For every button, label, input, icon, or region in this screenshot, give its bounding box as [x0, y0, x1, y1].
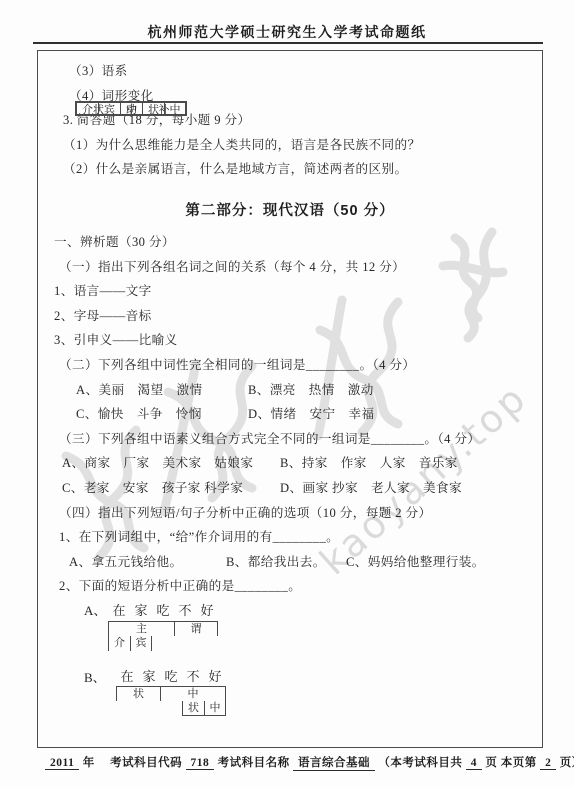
phrase-char: 不 [182, 668, 204, 686]
diagram-cell: 状 [116, 686, 160, 701]
phrase-char: 在 [108, 601, 130, 621]
phrase-char: 家 [130, 601, 152, 621]
exam-content-box: （3）语系（4）词形变化3. 简答题（18 分，每小题 9 分）（1）为什么思维… [37, 50, 543, 748]
diagram-cell: 介 [108, 636, 130, 651]
diagram-cell: 宾 [98, 102, 120, 115]
text-line: A、美丽 渴望 激情B、漂亮 热情 激动 [76, 378, 542, 403]
footer-mid-text: 页 本页第 [485, 754, 536, 770]
page-content: 杭州师范大学硕士研究生入学考试命题纸 （3）语系（4）词形变化3. 简答题（18… [0, 0, 574, 787]
part1-lines: （3）语系（4）词形变化3. 简答题（18 分，每小题 9 分）（1）为什么思维… [38, 51, 542, 182]
diagram-cell: 主 [108, 621, 174, 636]
syntax-diagram: B、在家吃不好状中介宾动补状中 [84, 668, 542, 716]
diagram-cell: 补 [142, 102, 186, 115]
footer-code: 718 [186, 757, 215, 770]
diagram-cell: 中 [160, 686, 226, 701]
diagram-cell: 宾 [130, 636, 152, 651]
page-footer: 2011 年 考试科目代码 718 考试科目名称 语言综合基础 （本考试科目共 … [45, 754, 574, 771]
syntax-diagrams: A、在家吃不好主谓状中状中介宾B、在家吃不好状中介宾动补状中 [38, 601, 542, 716]
text-line: （四）指出下列短语/句子分析中正确的选项（10 分，每题 2 分） [59, 501, 542, 526]
option-segment: B、持家 作家 人家 音乐家 [280, 456, 458, 470]
footer-page-no: 2 [540, 757, 556, 770]
footer-code-label: 考试科目代码 [110, 754, 182, 770]
diagram-row: 状中 [116, 686, 226, 701]
diagram-cell: 介 [76, 102, 98, 115]
option-segment: A、商家 厂家 美术家 姑娘家 [62, 451, 280, 476]
text-line: 3、引申义——比喻义 [54, 328, 542, 353]
diagram-row: 介宾 [108, 636, 152, 651]
diagram-row: 介宾动补 [75, 101, 187, 116]
footer-year: 2011 [45, 757, 79, 770]
text-line: （三）下列各组中语素义组合方式完全不同的一组词是________。（4 分） [59, 427, 542, 452]
diagram-option-label: A、 [84, 601, 108, 651]
phrase-char: 在 [116, 668, 138, 686]
paper-title: 杭州师范大学硕士研究生入学考试命题纸 [0, 22, 574, 42]
text-line: C、老家 安家 孩子家 科学家D、画家 抄家 老人家 美食家 [62, 476, 542, 501]
phrase-char: 吃 [160, 668, 182, 686]
option-segment: C、妈妈给他整理行装。 [346, 555, 485, 569]
option-segment: D、画家 抄家 老人家 美食家 [280, 481, 462, 495]
option-segment: C、愉快 斗争 怜悯 [76, 402, 248, 427]
phrase-char: 不 [174, 601, 196, 621]
diagram-option-label: B、 [84, 668, 108, 716]
phrase-char: 吃 [152, 601, 174, 621]
footer-year-unit: 年 [83, 754, 95, 770]
diagram-row: 主谓 [108, 621, 218, 636]
text-line: A、拿五元钱给他。B、都给我出去。C、妈妈给他整理行装。 [69, 550, 542, 575]
diagram-grid: 在家吃不好主谓状中状中介宾 [108, 601, 218, 651]
text-line: （1）为什么思维能力是全人类共同的，语言是各民族不同的？ [63, 133, 542, 158]
option-segment: B、都给我出去。 [226, 550, 346, 575]
diagram-cell: 动 [120, 102, 142, 115]
option-segment: A、美丽 渴望 激情 [76, 378, 248, 403]
text-line: （3）语系 [69, 59, 542, 84]
option-segment: D、情绪 安宁 幸福 [248, 407, 374, 421]
title-underline [33, 42, 543, 44]
phrase-char: 好 [204, 668, 226, 686]
phrase-char: 好 [196, 601, 218, 621]
footer-suffix: 页） [560, 754, 574, 770]
text-line: （一）指出下列各组名词之间的关系（每个 4 分，共 12 分） [59, 255, 542, 280]
syntax-diagram: A、在家吃不好主谓状中状中介宾 [84, 601, 542, 651]
text-line: 2、字母——音标 [54, 304, 542, 329]
diagram-phrase: 在家吃不好 [116, 668, 226, 686]
option-segment: C、老家 安家 孩子家 科学家 [62, 476, 280, 501]
footer-total-prefix: （本考试科目共 [378, 754, 462, 770]
diagram-phrase: 在家吃不好 [108, 601, 218, 621]
text-line: 2、下面的短语分析中正确的是________。 [59, 574, 542, 599]
text-line: （二）下列各组中词性完全相同的一组词是________。（4 分） [59, 353, 542, 378]
diagram-row: 状中 [182, 701, 226, 716]
text-line: 1、在下列词组中，“给”作介词用的有________。 [59, 525, 542, 550]
option-segment: B、漂亮 热情 激动 [248, 383, 374, 397]
text-line: 一、辨析题（30 分） [54, 230, 542, 255]
text-line: （2）什么是亲属语言，什么是地域方言，简述两者的区别。 [63, 157, 542, 182]
part2-lines: 一、辨析题（30 分）（一）指出下列各组名词之间的关系（每个 4 分，共 12 … [38, 230, 542, 599]
diagram-cell: 状 [182, 701, 204, 716]
text-line: 1、语言——文字 [54, 279, 542, 304]
diagram-grid: 在家吃不好状中介宾动补状中 [116, 668, 226, 716]
phrase-char: 家 [138, 668, 160, 686]
part2-heading: 第二部分：现代汉语（50 分） [38, 201, 542, 221]
footer-subject: 语言综合基础 [293, 754, 375, 771]
footer-subject-label: 考试科目名称 [218, 754, 290, 770]
footer-total-pages: 4 [466, 757, 482, 770]
option-segment: A、拿五元钱给他。 [69, 550, 226, 575]
diagram-cell: 谓 [174, 621, 218, 636]
text-line: A、商家 厂家 美术家 姑娘家B、持家 作家 人家 音乐家 [62, 451, 542, 476]
exam-paper-page: kaoyany.top 杭州师范大学硕士研究生入学考试命题纸 （3）语系（4）词… [0, 0, 574, 787]
diagram-cell: 中 [204, 701, 226, 716]
text-line: C、愉快 斗争 怜悯D、情绪 安宁 幸福 [76, 402, 542, 427]
